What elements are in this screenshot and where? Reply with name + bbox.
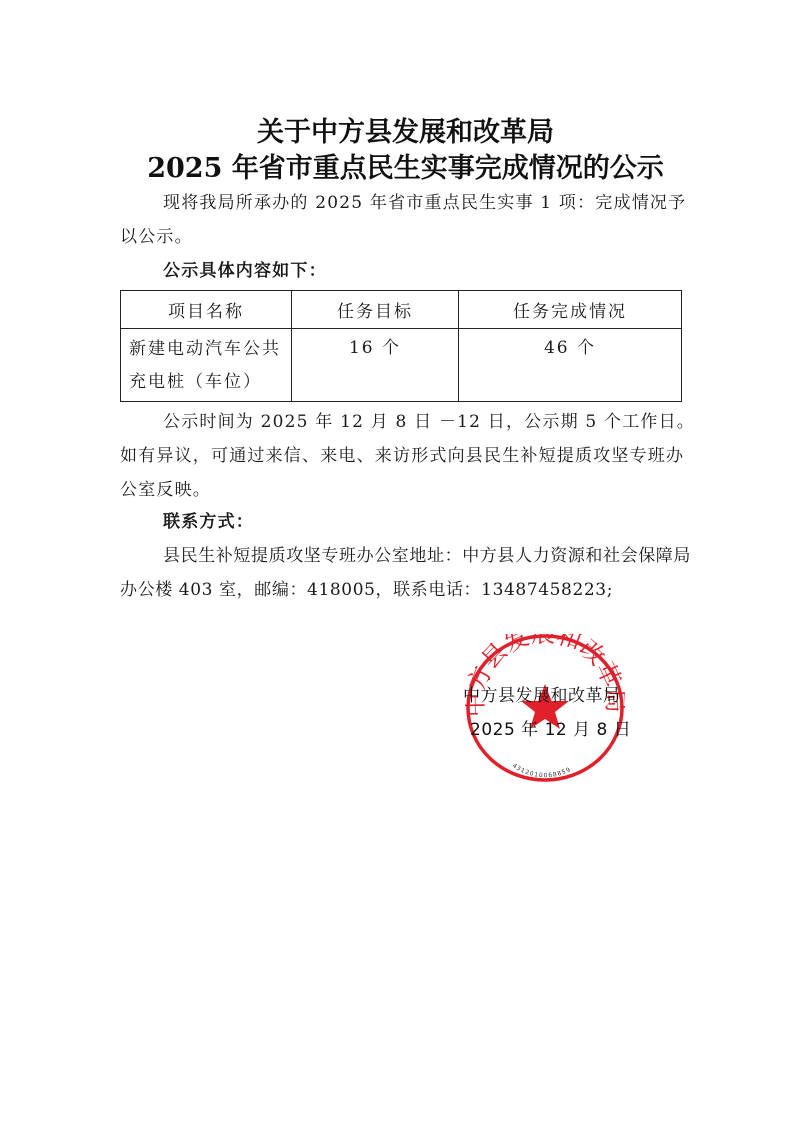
- signature-date: 2025 年 12 月 8 日: [470, 715, 631, 740]
- official-seal-icon: 中方县发展和改革局 4312010068859: [465, 634, 625, 784]
- contact-paragraph: 县民生补短提质攻坚专班办公室地址：中方县人力资源和社会保障局办公楼 403 室，…: [120, 539, 695, 607]
- intro-paragraph: 现将我局所承办的 2025 年省市重点民生实事 1 项：完成情况予以公示。: [120, 186, 695, 254]
- contact-heading: 联系方式：: [120, 505, 695, 539]
- title-line-2: 2025 年省市重点民生实事完成情况的公示: [0, 146, 793, 185]
- header-project-name: 项目名称: [121, 291, 292, 329]
- header-task-completion: 任务完成情况: [459, 291, 682, 329]
- table-row: 新建电动汽车公共充电桩（车位） 16 个 46 个: [121, 329, 682, 402]
- cell-task-completion: 46 个: [459, 329, 681, 361]
- signature-org: 中方县发展和改革局: [463, 681, 621, 706]
- content-heading: 公示具体内容如下：: [120, 256, 695, 286]
- projects-table: 项目名称 任务目标 任务完成情况 新建电动汽车公共充电桩（车位） 16 个 46…: [120, 290, 682, 402]
- cell-project-name: 新建电动汽车公共充电桩（车位）: [121, 329, 291, 399]
- table-header-row: 项目名称 任务目标 任务完成情况: [121, 291, 682, 329]
- cell-task-target: 16 个: [292, 329, 458, 361]
- header-task-target: 任务目标: [292, 291, 459, 329]
- period-paragraph: 公示时间为 2025 年 12 月 8 日 －12 日，公示期 5 个工作日。如…: [120, 405, 695, 507]
- title-line-1: 关于中方县发展和改革局: [0, 110, 793, 149]
